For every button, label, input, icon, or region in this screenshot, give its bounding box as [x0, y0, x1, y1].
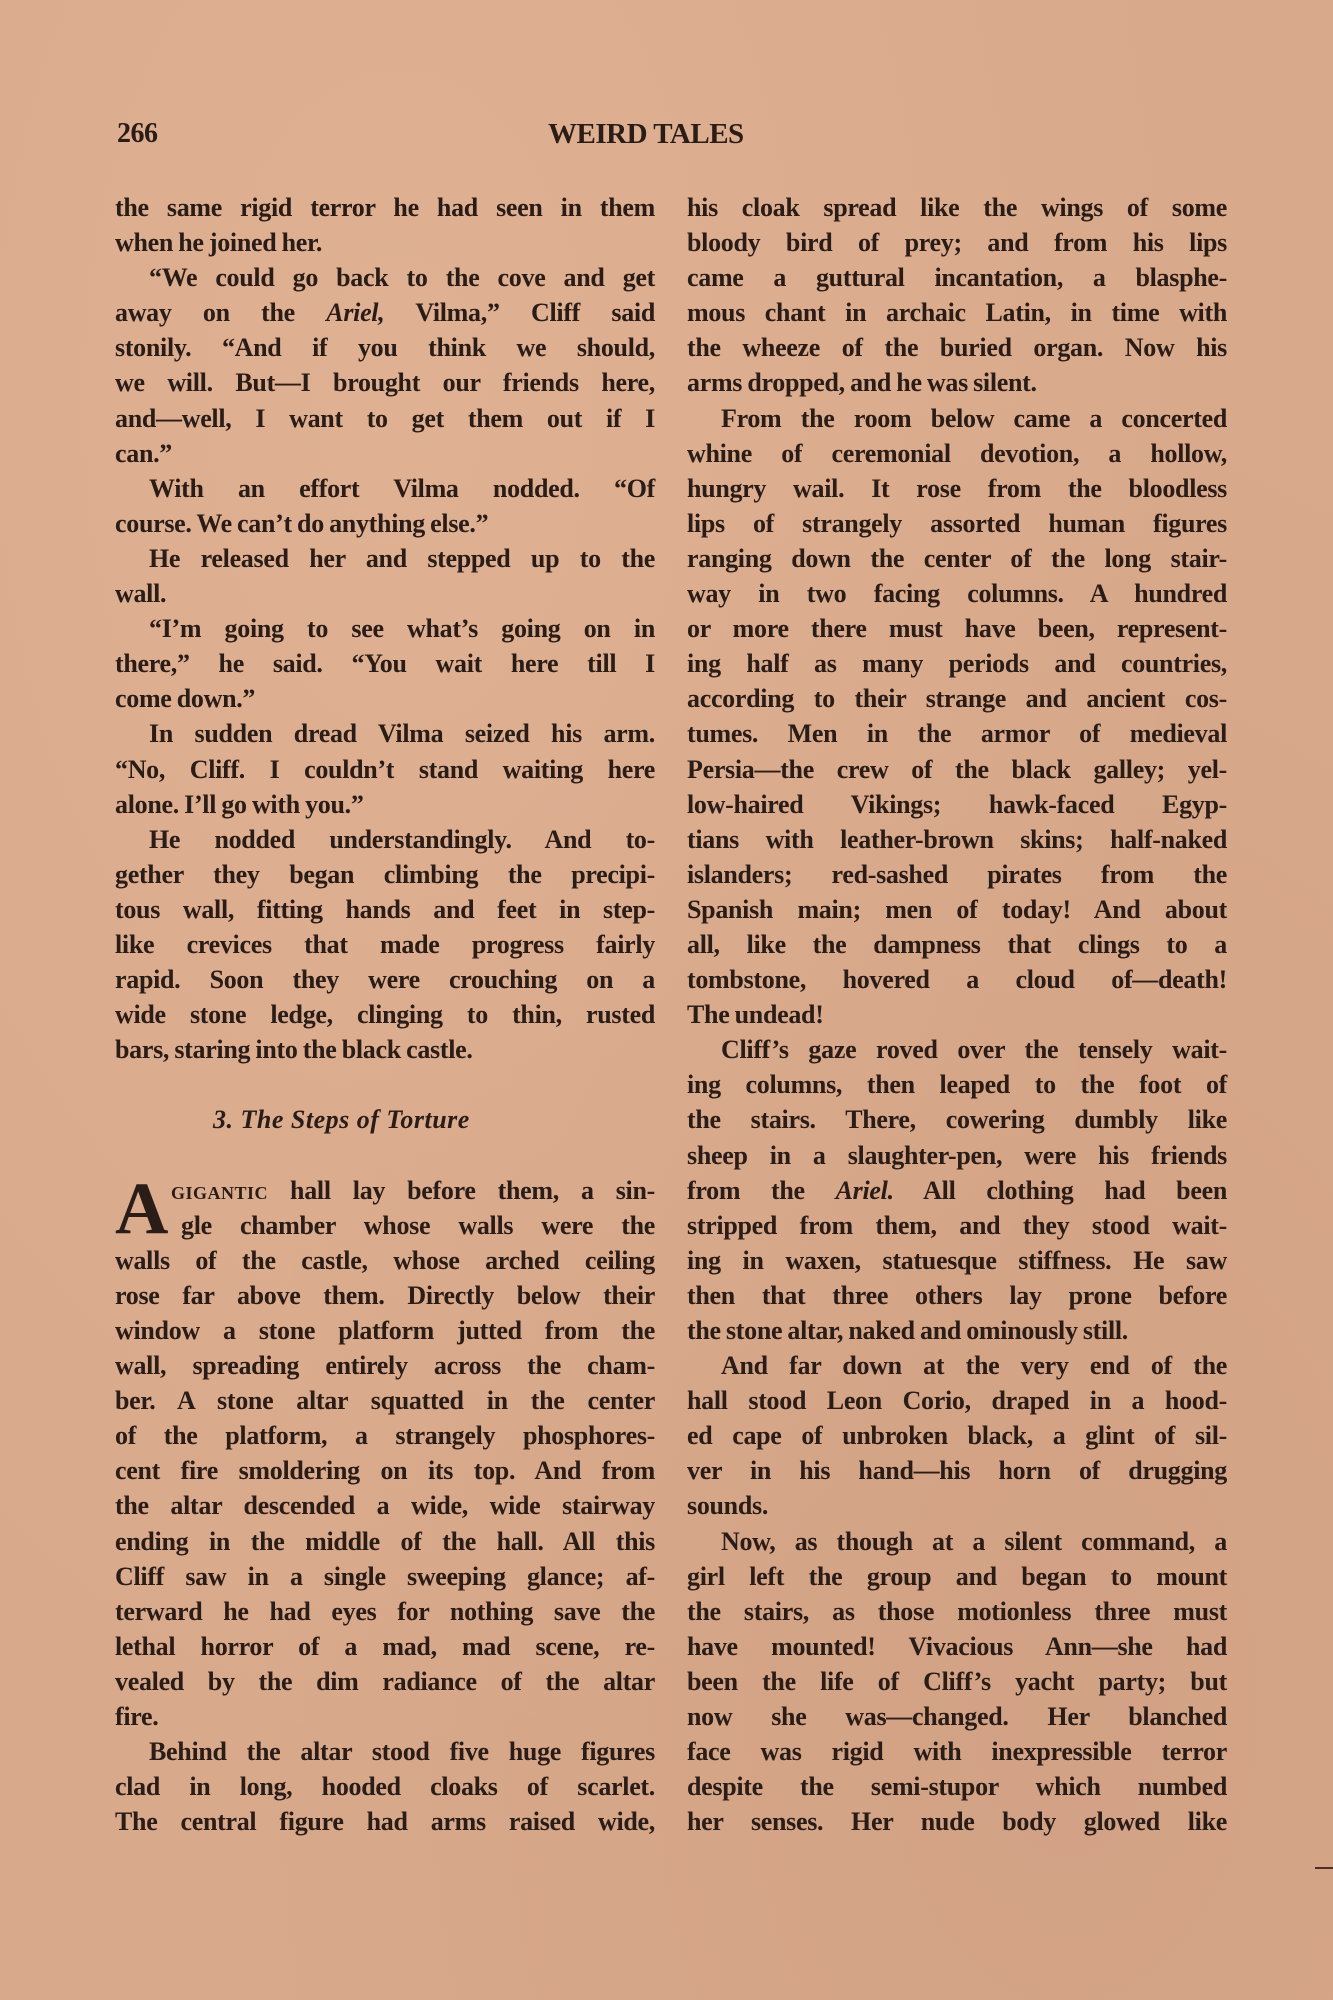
text-line: Cliff saw in a single sweeping glance; a… — [115, 1559, 655, 1594]
text-line: all, like the dampness that clings to a — [687, 927, 1227, 962]
magazine-title: WEIRD TALES — [548, 118, 744, 151]
text-line: and—well, I want to get them out if I — [115, 401, 655, 436]
spacer — [115, 1067, 655, 1102]
text-line: the stairs, as those motionless three mu… — [687, 1594, 1227, 1629]
text-line: ending in the middle of the hall. All th… — [115, 1524, 655, 1559]
page-number: 266 — [117, 118, 158, 150]
text-line: of the platform, a strangely phosphores- — [115, 1418, 655, 1453]
text-line: In sudden dread Vilma seized his arm. — [115, 716, 655, 751]
text-line: “We could go back to the cove and get — [115, 260, 655, 295]
text-line: wall, spreading entirely across the cham… — [115, 1348, 655, 1383]
text-line: Now, as though at a silent command, a — [687, 1524, 1227, 1559]
text-line: The undead! — [687, 997, 1227, 1032]
text-line: ver in his hand—his horn of drugging — [687, 1453, 1227, 1488]
text-line: despite the semi-stupor which numbed — [687, 1769, 1227, 1804]
text-line: then that three others lay prone before — [687, 1278, 1227, 1313]
text-line: window a stone platform jutted from the — [115, 1313, 655, 1348]
text-line: when he joined her. — [115, 225, 655, 260]
section-heading: 3. The Steps of Torture — [115, 1102, 655, 1137]
text-line: course. We can’t do anything else.” — [115, 506, 655, 541]
text-line: ing columns, then leaped to the foot of — [687, 1067, 1227, 1102]
text-line: tombstone, hovered a cloud of—death! — [687, 962, 1227, 997]
text-line: ing half as many periods and countries, — [687, 646, 1227, 681]
text-line: alone. I’ll go with you.” — [115, 787, 655, 822]
ship-name: Ariel. — [836, 1176, 894, 1205]
text-line: sounds. — [687, 1488, 1227, 1523]
text-line: low-haired Vikings; hawk-faced Egyp- — [687, 787, 1227, 822]
text-line: ing in waxen, statuesque stiffness. He s… — [687, 1243, 1227, 1278]
text-line: bars, staring into the black castle. — [115, 1032, 655, 1067]
text-line: have mounted! Vivacious Ann—she had — [687, 1629, 1227, 1664]
text-line: girl left the group and began to mount — [687, 1559, 1227, 1594]
left-column: the same rigid terror he had seen in the… — [115, 190, 655, 1839]
text-line: the stairs. There, cowering dumbly like — [687, 1102, 1227, 1137]
text-line: wall. — [115, 576, 655, 611]
text-line: tumes. Men in the armor of medieval — [687, 716, 1227, 751]
text-line: the altar descended a wide, wide stairwa… — [115, 1488, 655, 1523]
text-line: gether they began climbing the precipi- — [115, 857, 655, 892]
text-line: like crevices that made progress fairly — [115, 927, 655, 962]
text-line: lethal horror of a mad, mad scene, re- — [115, 1629, 655, 1664]
text-line: now she was—changed. Her blanched — [687, 1699, 1227, 1734]
text-line: From the room below came a concerted — [687, 401, 1227, 436]
text-line: gigantic hall lay before them, a sin- — [115, 1173, 655, 1208]
text-line: Cliff’s gaze roved over the tensely wait… — [687, 1032, 1227, 1067]
text-line: vealed by the dim radiance of the altar — [115, 1664, 655, 1699]
margin-mark — [1315, 1867, 1333, 1869]
text-line: tous wall, fitting hands and feet in ste… — [115, 892, 655, 927]
text-line: terward he had eyes for nothing save the — [115, 1594, 655, 1629]
ship-name: Ariel, — [326, 298, 384, 327]
text-line: the wheeze of the buried organ. Now his — [687, 330, 1227, 365]
text-line: hungry wail. It rose from the bloodless — [687, 471, 1227, 506]
text-line: his cloak spread like the wings of some — [687, 190, 1227, 225]
text-line: cent fire smoldering on its top. And fro… — [115, 1453, 655, 1488]
text-line: sheep in a slaughter-pen, were his frien… — [687, 1138, 1227, 1173]
opening-smallcaps: gigantic — [171, 1176, 268, 1205]
text-line: clad in long, hooded cloaks of scarlet. — [115, 1769, 655, 1804]
text-line: hall stood Leon Corio, draped in a hood- — [687, 1383, 1227, 1418]
text-line: gle chamber whose walls were the — [115, 1208, 655, 1243]
text-line: away on the Ariel, Vilma,” Cliff said — [115, 295, 655, 330]
right-column: his cloak spread like the wings of someb… — [687, 190, 1227, 1839]
text-line: ber. A stone altar squatted in the cente… — [115, 1383, 655, 1418]
text-line: wide stone ledge, clinging to thin, rust… — [115, 997, 655, 1032]
text-line: mous chant in archaic Latin, in time wit… — [687, 295, 1227, 330]
text-line: fire. — [115, 1699, 655, 1734]
text-line: lips of strangely assorted human figures — [687, 506, 1227, 541]
text-line: come down.” — [115, 681, 655, 716]
text-line: Behind the altar stood five huge figures — [115, 1734, 655, 1769]
text-line: With an effort Vilma nodded. “Of — [115, 471, 655, 506]
text-line: according to their strange and ancient c… — [687, 681, 1227, 716]
spacer — [115, 1138, 655, 1173]
text-line: the stone altar, naked and ominously sti… — [687, 1313, 1227, 1348]
text-line: Spanish main; men of today! And about — [687, 892, 1227, 927]
text-line: He nodded understandingly. And to- — [115, 822, 655, 857]
drop-cap: A — [115, 1179, 168, 1239]
text-line: or more there must have been, represent- — [687, 611, 1227, 646]
text-line: came a guttural incantation, a blasphe- — [687, 260, 1227, 295]
text-line: bloody bird of prey; and from his lips — [687, 225, 1227, 260]
text-line: whine of ceremonial devotion, a hollow, — [687, 436, 1227, 471]
text-line: walls of the castle, whose arched ceilin… — [115, 1243, 655, 1278]
text-line: rose far above them. Directly below thei… — [115, 1278, 655, 1313]
text-line: stonily. “And if you think we should, — [115, 330, 655, 365]
text-line: we will. But—I brought our friends here, — [115, 365, 655, 400]
chapter-opening: Agigantic hall lay before them, a sin-gl… — [115, 1173, 655, 1840]
text-line: “No, Cliff. I couldn’t stand waiting her… — [115, 752, 655, 787]
text-line: rapid. Soon they were crouching on a — [115, 962, 655, 997]
text-line: And far down at the very end of the — [687, 1348, 1227, 1383]
text-line: can.” — [115, 436, 655, 471]
text-line: ranging down the center of the long stai… — [687, 541, 1227, 576]
text-line: way in two facing columns. A hundred — [687, 576, 1227, 611]
text-line: islanders; red-sashed pirates from the — [687, 857, 1227, 892]
text-line: her senses. Her nude body glowed like — [687, 1804, 1227, 1839]
text-line: stripped from them, and they stood wait- — [687, 1208, 1227, 1243]
text-line: been the life of Cliff’s yacht party; bu… — [687, 1664, 1227, 1699]
text-line: face was rigid with inexpressible terror — [687, 1734, 1227, 1769]
text-line: arms dropped, and he was silent. — [687, 365, 1227, 400]
text-line: ed cape of unbroken black, a glint of si… — [687, 1418, 1227, 1453]
text-line: tians with leather-brown skins; half-nak… — [687, 822, 1227, 857]
text-line: from the Ariel. All clothing had been — [687, 1173, 1227, 1208]
text-line: He released her and stepped up to the — [115, 541, 655, 576]
text-line: there,” he said. “You wait here till I — [115, 646, 655, 681]
text-line: the same rigid terror he had seen in the… — [115, 190, 655, 225]
text-line: The central figure had arms raised wide, — [115, 1804, 655, 1839]
running-head: 266 WEIRD TALES — [0, 118, 1333, 158]
text-line: “I’m going to see what’s going on in — [115, 611, 655, 646]
text-line: Persia—the crew of the black galley; yel… — [687, 752, 1227, 787]
